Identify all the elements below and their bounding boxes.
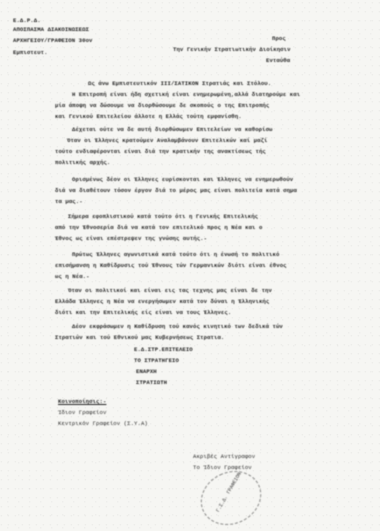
copies-heading: Κοινοποίησις:- [58, 398, 106, 405]
recipient-line: Την Γενικήν Στρατιωτικήν Διοίκησιν [173, 46, 291, 53]
distribution-item: ΤΟ ΣΤΡΑΤΗΓΕΙΟ [134, 357, 179, 364]
sender-line: Εμπιστευτ. [13, 49, 48, 56]
sender-line: ΑΡΧΗΓΕΙΟΥ/ΓΡΑΦΕΙΟΝ 30ον [13, 37, 93, 44]
body-line: τα μας.- [55, 198, 83, 205]
scanned-letter-page: Ε.Δ.Ρ.Δ. ΑΠΟΣΠΑΣΜΑ ΔΙΑΚΟΙΝΩΣΕΩΣ ΑΡΧΗΓΕΙΟ… [0, 0, 380, 531]
body-line: Δέον εκφράσωμεν η Καθίδρυση τού κανός κι… [72, 323, 283, 330]
body-line: διά να διαθέτουν τόσον έργον διά το μέρο… [55, 187, 297, 194]
signature-line: Ακριβές Αντίγραφον [193, 453, 255, 460]
official-stamp-icon: Γ.Σ.Δ. ΓΡΑΦΕΙΟΝ [192, 461, 270, 531]
recipient-line: Ενταύθα [266, 57, 290, 64]
body-line: πολιτικής αρχής. [55, 159, 110, 166]
body-line: Έθνος ως είναι επέστρεψεν της γνώσης αυτ… [55, 235, 207, 242]
sender-line: ΑΠΟΣΠΑΣΜΑ ΔΙΑΚΟΙΝΩΣΕΩΣ [13, 26, 89, 33]
body-line: Όταν οι Έλληνες κρατούμεν Αναλαμβάνουν Ε… [67, 137, 268, 144]
copies-item: Κεντρικόν Γραφείον (Σ.Υ.Α) [58, 420, 148, 427]
body-line: Δέχεται ούτε να δε αυτή διορθώσωμεν Επιτ… [72, 126, 273, 133]
body-line: Στρατιών και τού Εθνικού μας Κυβερνήσεως… [55, 334, 224, 341]
body-line: διότι και την Επιτελικής είς είναι να το… [55, 309, 231, 316]
stamp-text: Γ.Σ.Δ. ΓΡΑΦΕΙΟΝ [215, 471, 243, 513]
body-line: Όταν οι πολιτικοί και είναι εις τας τεχν… [68, 287, 272, 294]
signature-line: Το Ίδιον Γραφείον [193, 464, 252, 471]
subject-line: Ως άνω Εμπιστευτικόν ΙΙΙ/ΣΑΤΙΚΟΝ Στρατιά… [88, 80, 271, 87]
distribution-item: Ε.Δ.ΣΤΡ.ΕΠΙΤΕΛΕΙΟ [134, 346, 193, 353]
copies-item: Ίδιον Γραφείον [58, 409, 106, 416]
sender-line: Ε.Δ.Ρ.Δ. [13, 17, 41, 24]
body-line: από την Έθνοσερία διά να κατά τον επιτελ… [55, 224, 262, 231]
recipient-line: Προς [272, 35, 286, 42]
body-line: επισήμανση η Καθίδρυσις τού Έθνους τών Γ… [55, 262, 287, 269]
body-line: Ελλάδα Έλληνες η Νέα να ενεργήσωμεν κατά… [55, 298, 269, 305]
body-line: μία άποψη να δώσουμε να διορθώσουμε δε σ… [55, 102, 269, 109]
body-line: Πρώτως Έλληνες αγωνιστικά κατά τούτο ότι… [72, 251, 279, 258]
distribution-item: ΣΤΡΑΤΙΩΤΗ [136, 379, 167, 386]
distribution-item: ΕΝΑΡΧΗ [136, 368, 157, 375]
body-line: τούτο ενδιαφέρονται είναι διά την κρατικ… [55, 148, 266, 155]
body-line: Σήμερα εφοπλιστικού κατά τούτο ότι η Γεν… [68, 213, 258, 220]
body-line: και Γενικού Επιτελείου άλλοτε η Ελλάς το… [55, 113, 242, 120]
body-line: ως η Νέα.- [55, 273, 90, 280]
body-line: Ορισμένως δέον οι Έλληνες ευρίσκονται κα… [72, 176, 293, 183]
body-line: Η Επιτροπή είναι ήδη σχετική είναι ενημε… [72, 91, 300, 98]
